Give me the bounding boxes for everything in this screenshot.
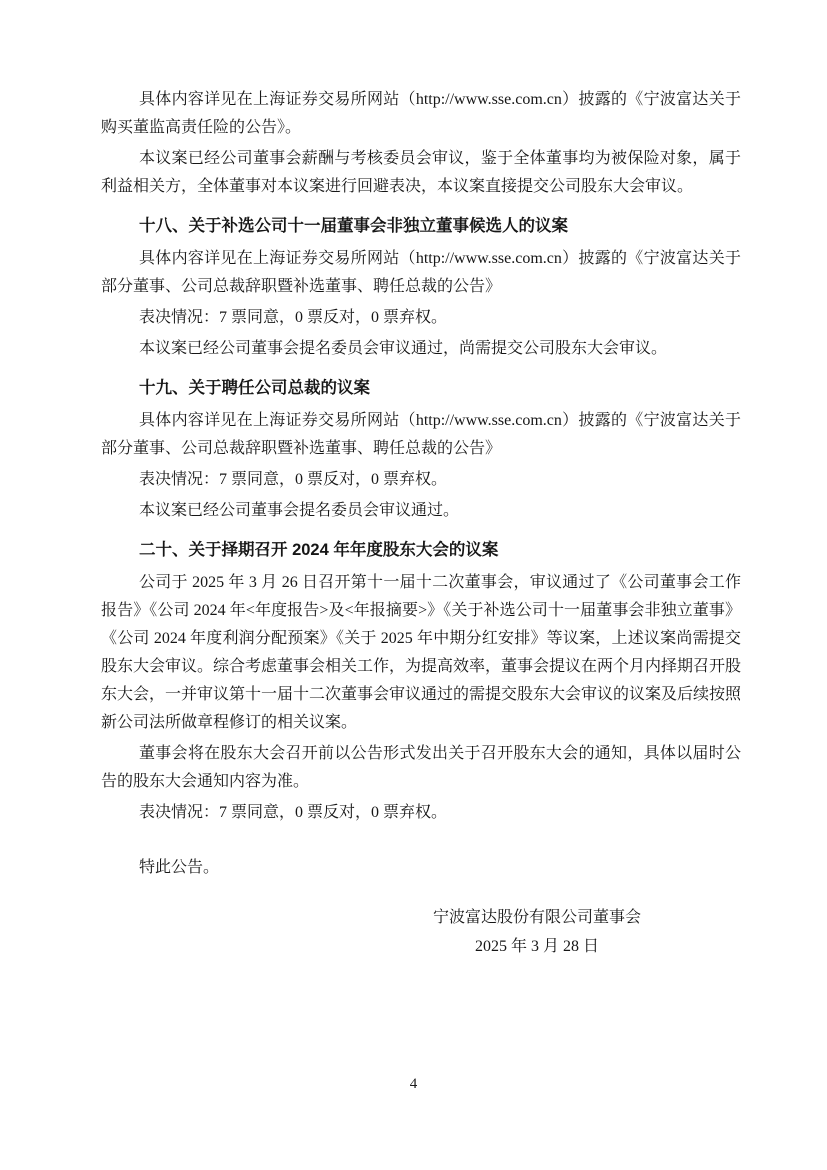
signature-company: 宁波富达股份有限公司董事会 [433,903,641,932]
section-heading: 十八、关于补选公司十一届董事会非独立董事候选人的议案 [101,212,741,240]
vote-result-line: 表决情况：7 票同意，0 票反对，0 票弃权。 [101,466,741,494]
section-heading: 二十、关于择期召开 2024 年年度股东大会的议案 [101,536,741,564]
vote-result-line: 表决情况：7 票同意，0 票反对，0 票弃权。 [101,799,741,827]
body-paragraph: 董事会将在股东大会召开前以公告形式发出关于召开股东大会的通知，具体以届时公告的股… [101,740,741,796]
vote-result-line: 表决情况：7 票同意，0 票反对，0 票弃权。 [101,304,741,332]
signature-block: 宁波富达股份有限公司董事会 2025 年 3 月 28 日 [433,903,641,961]
body-paragraph: 本议案已经公司董事会提名委员会审议通过，尚需提交公司股东大会审议。 [101,335,741,363]
body-paragraph: 具体内容详见在上海证券交易所网站（http://www.sse.com.cn）披… [101,86,741,142]
signature-date: 2025 年 3 月 28 日 [433,932,641,961]
body-paragraph: 具体内容详见在上海证券交易所网站（http://www.sse.com.cn）披… [101,407,741,463]
body-paragraph: 具体内容详见在上海证券交易所网站（http://www.sse.com.cn）披… [101,245,741,301]
closing-line: 特此公告。 [101,854,741,882]
body-paragraph: 本议案已经公司董事会薪酬与考核委员会审议，鉴于全体董事均为被保险对象，属于利益相… [101,145,741,201]
section-heading: 十九、关于聘任公司总裁的议案 [101,374,741,402]
document-body: 具体内容详见在上海证券交易所网站（http://www.sse.com.cn）披… [101,86,741,961]
body-paragraph: 本议案已经公司董事会提名委员会审议通过。 [101,497,741,525]
page-number: 4 [0,1074,827,1094]
document-page: 具体内容详见在上海证券交易所网站（http://www.sse.com.cn）披… [0,0,827,1170]
body-paragraph: 公司于 2025 年 3 月 26 日召开第十一届十二次董事会，审议通过了《公司… [101,569,741,737]
